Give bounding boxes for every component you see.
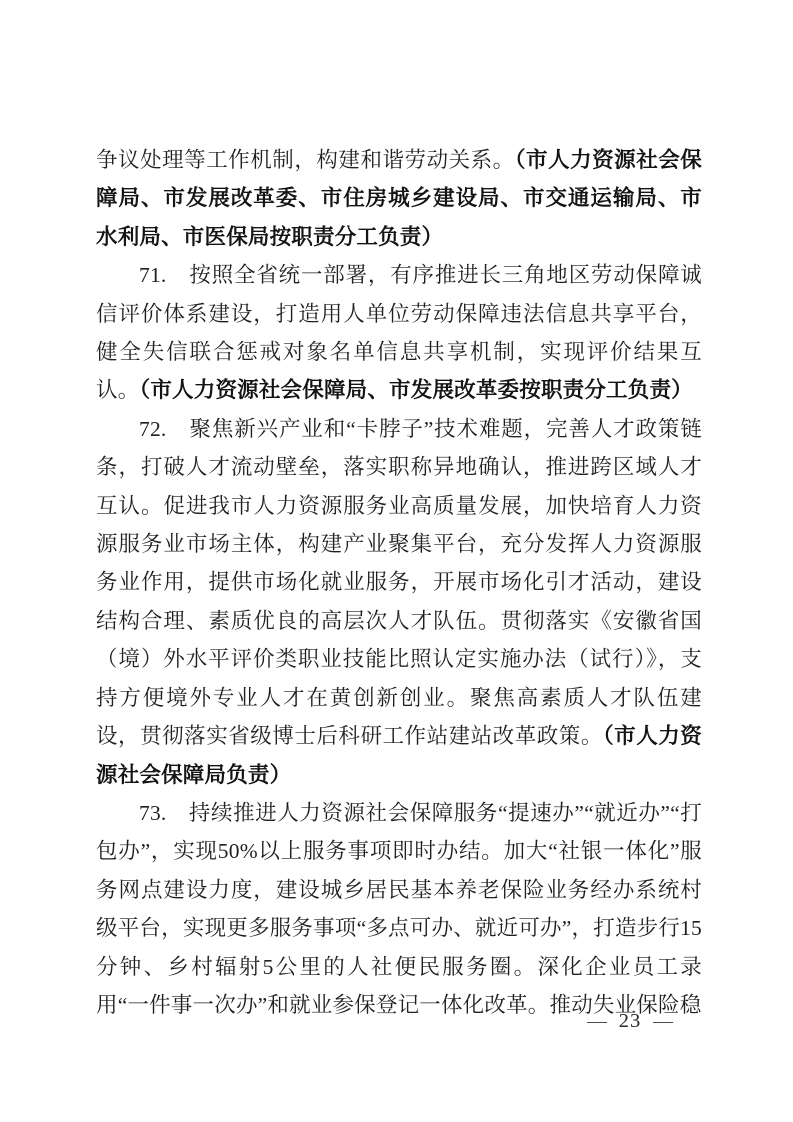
paragraph-continuation: 争议处理等工作机制，构建和谐劳动关系。（市人力资源社会保障局、市发展改革委、市住… xyxy=(96,141,702,256)
page-number: — 23 — xyxy=(578,1006,682,1036)
body-text: 争议处理等工作机制，构建和谐劳动关系。 xyxy=(96,148,515,172)
paragraph-72: 72. 聚焦新兴产业和“卡脖子”技术难题，完善人才政策链条，打破人才流动壁垒，落… xyxy=(96,410,702,794)
document-body: 争议处理等工作机制，构建和谐劳动关系。（市人力资源社会保障局、市发展改革委、市住… xyxy=(96,141,702,1024)
body-text: 73. 持续推进人力资源社会保障服务“提速办”“就近办”“打包办”，实现50%以… xyxy=(96,801,702,1017)
paragraph-71: 71. 按照全省统一部署，有序推进长三角地区劳动保障诚信评价体系建设，打造用人单… xyxy=(96,256,702,410)
paragraph-73: 73. 持续推进人力资源社会保障服务“提速办”“就近办”“打包办”，实现50%以… xyxy=(96,794,702,1024)
document-page: 争议处理等工作机制，构建和谐劳动关系。（市人力资源社会保障局、市发展改革委、市住… xyxy=(0,0,793,1122)
body-text: 72. 聚焦新兴产业和“卡脖子”技术难题，完善人才政策链条，打破人才流动壁垒，落… xyxy=(96,417,702,748)
page-number-dash-left: — xyxy=(587,1011,607,1032)
page-number-value: 23 xyxy=(619,1010,642,1033)
responsibility-attribution: （市人力资源社会保障局、市发展改革委按职责分工负责） xyxy=(139,378,692,402)
page-number-dash-right: — xyxy=(653,1011,673,1032)
